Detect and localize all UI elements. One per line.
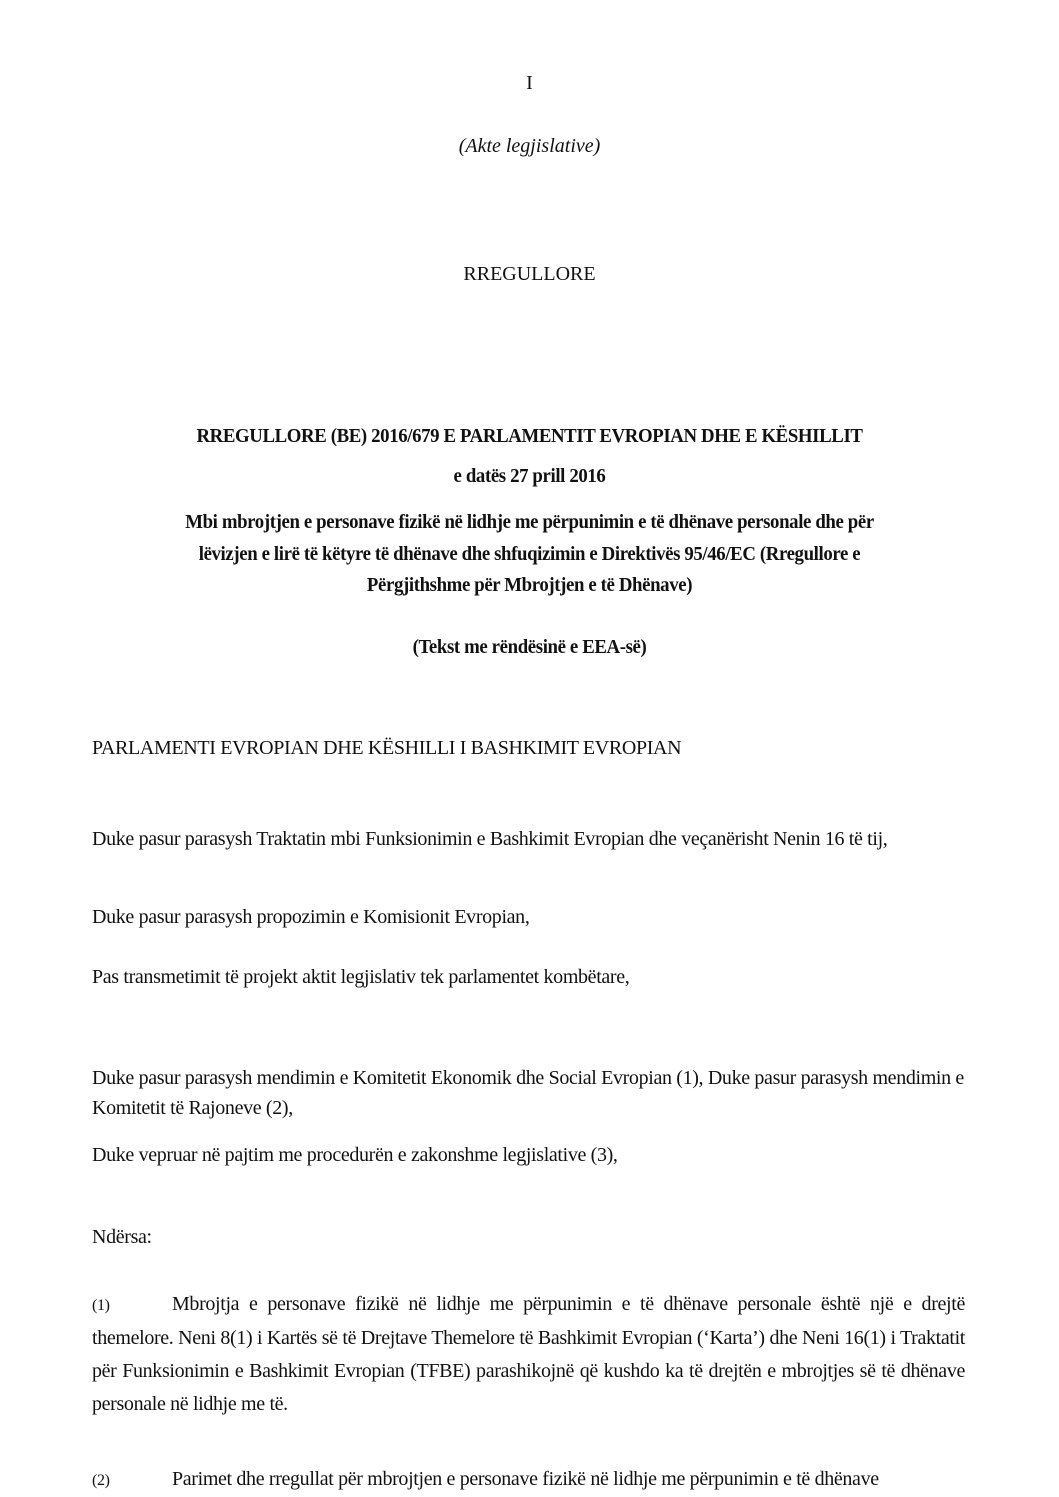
recital-1: (1)Mbrojtja e personave fizikë në lidhje… [92,1288,965,1421]
citation-treaty: Duke pasur parasysh Traktatin mbi Funksi… [92,824,962,854]
subject-line: Përgjithshme për Mbrojtjen e të Dhënave) [126,570,933,602]
part-subtitle: (Akte legjislative) [0,135,1059,158]
subject-line: lëvizjen e lirë të këtyre të dhënave dhe… [126,539,933,571]
regulation-title: RREGULLORE (BE) 2016/679 E PARLAMENTIT E… [32,425,1027,448]
part-number: I [0,72,1059,95]
document-page: I (Akte legjislative) RREGULLORE RREGULL… [0,0,1059,1497]
recital-text: Parimet dhe rregullat për mbrojtjen e pe… [172,1468,879,1490]
citation-procedure: Duke vepruar në pajtim me procedurën e z… [92,1140,618,1170]
recital-number: (1) [92,1289,172,1322]
recital-2: (2)Parimet dhe rregullat për mbrojtjen e… [92,1463,965,1497]
recital-text: Mbrojtja e personave fizikë në lidhje me… [92,1293,965,1415]
document-type: RREGULLORE [0,263,1059,286]
regulation-subject: Mbi mbrojtjen e personave fizikë në lidh… [126,507,933,602]
whereas-heading: Ndërsa: [92,1222,152,1252]
citation-commission: Duke pasur parasysh propozimin e Komisio… [92,902,529,932]
citation-national-parliaments: Pas transmetimit të projekt aktit legjis… [92,962,629,992]
subject-line: Mbi mbrojtjen e personave fizikë në lidh… [126,507,933,539]
eea-relevance-note: (Tekst me rëndësinë e EEA-së) [32,636,1027,659]
citation-committees: Duke pasur parasysh mendimin e Komitetit… [92,1063,972,1123]
enacting-parties: PARLAMENTI EVROPIAN DHE KËSHILLI I BASHK… [92,733,681,763]
regulation-date: e datës 27 prill 2016 [32,465,1027,488]
recital-number: (2) [92,1464,172,1497]
